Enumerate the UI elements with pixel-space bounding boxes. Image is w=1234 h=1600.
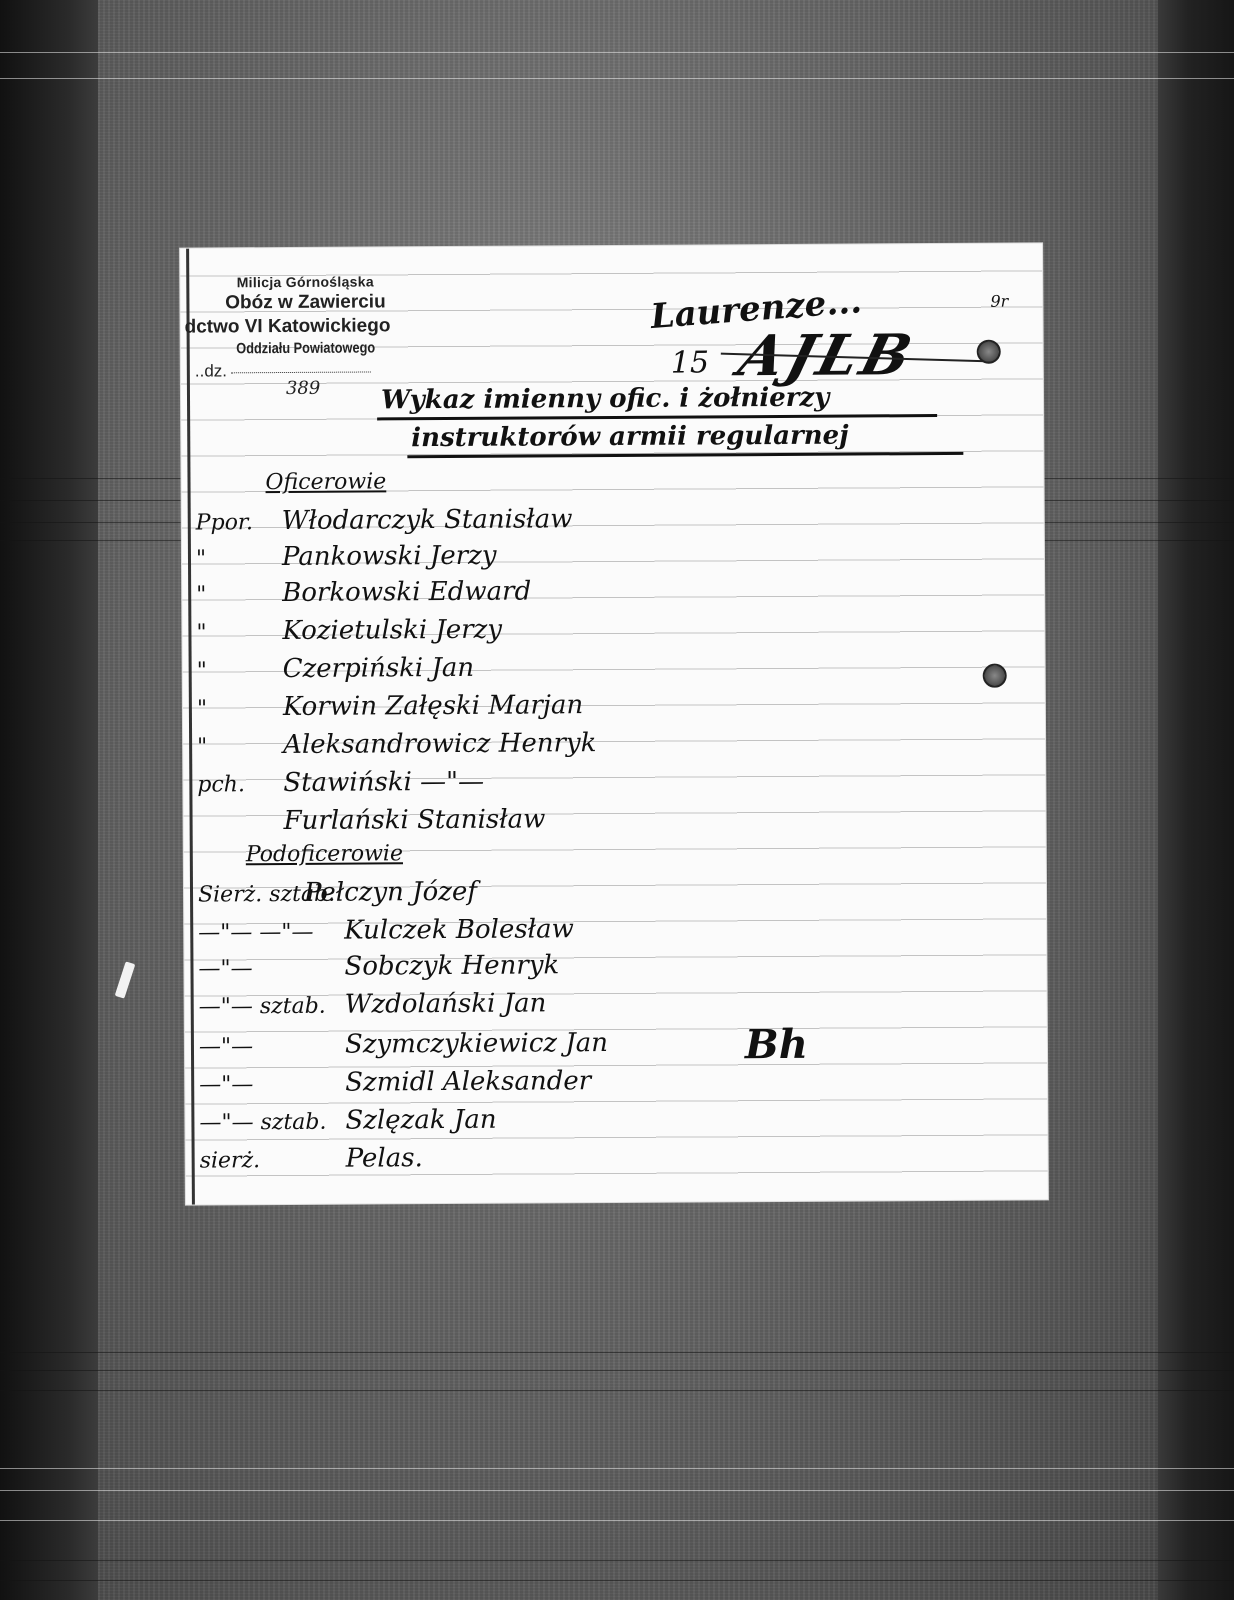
stamp-dotted-field: [231, 371, 371, 373]
stamp-line-1: Milicja Górnośląska: [180, 273, 430, 291]
scan-line: [0, 1390, 1234, 1391]
entry-rank: ": [196, 546, 206, 571]
entry-rank: —"— sztab.: [199, 1110, 326, 1136]
entry-name: Szmidl Aleksander: [345, 1066, 591, 1098]
reference-number: 15: [671, 345, 709, 380]
entry-rank: —"— —"—: [198, 920, 313, 946]
scan-line: [0, 52, 1234, 53]
entry-rank: pch.: [197, 772, 245, 797]
entry-name: Furlański Stanisław: [283, 804, 545, 836]
entry-name: Pankowski Jerzy: [282, 541, 497, 572]
section-heading: Oficerowie: [265, 469, 386, 495]
section-heading: Podoficerowie: [246, 841, 403, 867]
entry-name: Szlęzak Jan: [345, 1105, 496, 1136]
entry-name: Pelas.: [346, 1143, 423, 1173]
entry-rank: —"—: [199, 1072, 253, 1097]
entry-name: Kulczek Bolesław: [344, 914, 574, 945]
entry-rank: Ppor.: [196, 510, 253, 535]
entry-name: Czerpiński Jan: [283, 653, 475, 684]
stamp-number: 389: [286, 378, 320, 399]
entry-rank: —"— sztab.: [199, 994, 326, 1020]
entry-name: Borkowski Edward: [282, 577, 531, 609]
entry-rank: ": [197, 658, 207, 683]
entry-name: Włodarczyk Stanisław: [282, 504, 573, 536]
title-line-1: Wykaz imienny ofic. i żołnierzy: [381, 383, 829, 416]
document-sheet: Milicja Górnośląska Obóz w Zawierciu dct…: [180, 243, 1048, 1204]
title-line-2: instruktorów armii regularnej: [411, 421, 849, 454]
scan-line: [0, 1580, 1234, 1581]
entry-name: Aleksandrowicz Henryk: [283, 728, 597, 760]
punch-hole-top: [977, 340, 1001, 364]
entry-rank: —"—: [198, 956, 252, 981]
entry-rank: ": [197, 734, 207, 759]
punch-hole-middle: [983, 664, 1007, 688]
entry-name: Sobczyk Henryk: [344, 950, 559, 981]
entry-rank: ": [196, 620, 206, 645]
signature: Bh: [745, 1021, 808, 1068]
scan-line: [0, 1352, 1234, 1353]
scan-line: [0, 1520, 1234, 1521]
entry-name: Kozietulski Jerzy: [282, 615, 502, 646]
office-stamp: Milicja Górnośląska Obóz w Zawierciu dct…: [180, 273, 431, 382]
scan-line: [0, 1490, 1234, 1491]
entry-rank: sierż.: [200, 1148, 261, 1173]
stamp-dz-label: ..dz.: [195, 361, 227, 380]
entry-rank: ": [196, 582, 206, 607]
scan-line: [0, 78, 1234, 79]
scanner-edge-right: [1158, 0, 1234, 1600]
scan-line: [0, 1560, 1234, 1561]
reference-suffix: 9r: [990, 292, 1008, 311]
stamp-line-4: Oddziału Powiatowego: [199, 339, 412, 357]
stamp-line-3: dctwo VI Katowickiego: [181, 315, 431, 339]
scan-line: [0, 1370, 1234, 1371]
entry-rank: ": [197, 696, 207, 721]
scanner-edge-left: [0, 0, 98, 1600]
scan-line: [0, 1468, 1234, 1469]
entry-name: Wzdolański Jan: [345, 988, 547, 1019]
entry-name: Pełczyn Józef: [304, 877, 477, 908]
entry-name: Korwin Załęski Marjan: [283, 690, 583, 722]
entry-name: Stawiński —"—: [283, 767, 484, 798]
stamp-line-2: Obóz w Zawierciu: [180, 291, 430, 315]
entry-rank: —"—: [199, 1034, 253, 1059]
entry-name: Szymczykiewicz Jan: [345, 1028, 608, 1060]
